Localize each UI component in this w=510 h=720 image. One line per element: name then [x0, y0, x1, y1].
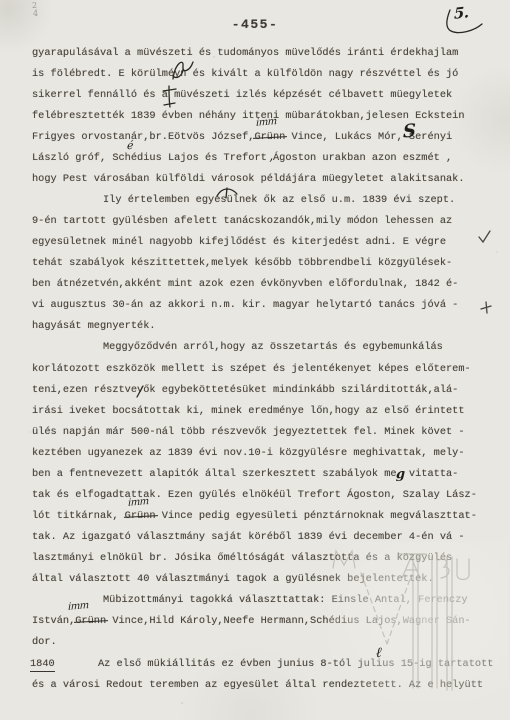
page-number: -455-: [0, 17, 510, 32]
text-line: tak és elfogadtattak. Ezen gyülés elnöké…: [32, 489, 477, 502]
watermark-letter-u: [457, 559, 469, 580]
meg-g-insert: g: [396, 468, 405, 482]
grimm-correction-3: imm: [68, 601, 89, 613]
text-line: lót titkárnak, Grünn Vince pedig egyesül…: [32, 510, 477, 523]
text-line: tehát szabályok készittettek,melyek késő…: [32, 257, 452, 270]
text-line: és a városi Redout teremben az egyesület…: [32, 679, 483, 692]
text-line: tak. Az igazgató választmány saját köréb…: [32, 531, 465, 544]
julius-l-insert: ℓ: [376, 646, 382, 660]
margin-check-mark: [479, 231, 490, 242]
text-line: teni,ezen résztvevők egybeköttetésüket m…: [32, 384, 458, 397]
underlined-year: 1840: [30, 658, 55, 672]
text-line: dor.: [32, 636, 57, 649]
corner-number: 5.: [454, 5, 469, 22]
text-segment: Az első mükiállitás ez évben junius 8-tó…: [55, 658, 494, 670]
agoston-comma-insert: ,: [269, 150, 273, 164]
grimm-correction-2: imm: [128, 497, 149, 509]
text-line: hagyását megnyerték.: [32, 320, 156, 333]
margin-plus-mark: [481, 302, 491, 313]
text-line: 1840 Az első mükiállitás ez évben junius…: [30, 658, 493, 671]
text-line: László gróf, Schédius Lajos és Trefort Á…: [32, 152, 452, 165]
text-line: Mübizottmányi tagokká választtattak: Ein…: [103, 594, 468, 607]
text-line: ben a fentnevezett alapitók által szerke…: [32, 468, 458, 481]
schedius-e-insert: é: [127, 140, 133, 151]
text-line: korlátozott eszközök mellett is szépet é…: [32, 363, 471, 376]
text-line: ülés napján már 500-nál több részvevők j…: [32, 426, 465, 439]
text-line: ben átnézetvén,akként mint azok ezen évk…: [32, 278, 458, 291]
text-line: Frigyes orvostanár,br.Eötvös József,Grün…: [32, 131, 452, 144]
text-line: vi augusztus 30-án az akkori n.m. kir. m…: [32, 299, 458, 312]
text-line: 9-én tartott gyülésben afelett tanácskoz…: [32, 215, 452, 228]
serenyi-capital-s: S: [403, 122, 415, 141]
text-line: által választott 40 választmányi tagok a…: [32, 573, 434, 586]
text-line: felébresztették 1839 évben néhány itteni…: [32, 110, 465, 123]
text-line: egyesületnek minél nagyobb kifejlődést é…: [32, 236, 446, 249]
text-line: is fölébredt. E körülméyn és kivált a kü…: [32, 68, 458, 81]
text-line: sikerrel fennálló és a müvészeti izlés k…: [32, 89, 452, 102]
text-line: Ily értelemben egyesülnek ők az első u.m…: [103, 194, 455, 207]
text-line: gyarapulásával a müvészeti és tudományos…: [32, 47, 458, 60]
pencil-mark-4: 4: [33, 10, 38, 18]
grimm-correction-1: imm: [256, 117, 277, 129]
text-line: lasztmányi elnökül br. Jósika őméltóságá…: [32, 552, 452, 565]
text-line: irási iveket bocsátottak ki, minek eredm…: [32, 405, 465, 418]
document-page: -455- gyarapulásával a müvészeti és tudo…: [0, 0, 510, 720]
text-line: keztében ugyanezek az 1839 évi nov.10-i …: [32, 447, 465, 460]
text-line: hogy Pest városában külföldi városok pél…: [32, 173, 465, 186]
text-line: Meggyőződvén arról,hogy az összetartás é…: [103, 341, 443, 354]
text-line: István,Grünn Vince,Hild Károly,Neefe Her…: [32, 615, 471, 628]
